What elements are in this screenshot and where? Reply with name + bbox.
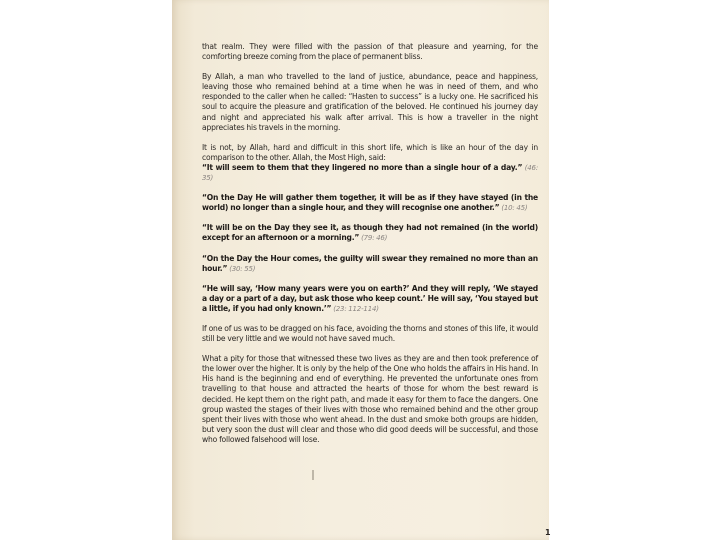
paper-smudge xyxy=(312,470,314,480)
quote-46-35: “It will seem to them that they lingered… xyxy=(202,163,538,183)
quote-23-112-114: “He will say, ‘How many years were you o… xyxy=(202,284,538,314)
paragraph-what-a-pity: What a pity for those that witnessed the… xyxy=(202,354,538,445)
quote-10-45: “On the Day He will gather them together… xyxy=(202,193,538,213)
quote-citation: (30: 55) xyxy=(229,265,255,273)
quote-text: “It will seem to them that they lingered… xyxy=(202,163,522,172)
paragraph-dragged: If one of us was to be dragged on his fa… xyxy=(202,324,538,344)
paragraph-text: By Allah, a man who travelled to the lan… xyxy=(202,72,538,131)
paragraph-text: It is not, by Allah, hard and difficult … xyxy=(202,143,538,162)
quote-citation: (10: 45) xyxy=(501,204,527,212)
quote-text: “On the Day He will gather them together… xyxy=(202,193,538,212)
page-number: 1 xyxy=(545,528,551,537)
quote-citation: (23: 112-114) xyxy=(333,305,379,313)
page-content: that realm. They were filled with the pa… xyxy=(202,42,538,455)
paragraph-traveller: By Allah, a man who travelled to the lan… xyxy=(202,72,538,133)
quote-citation: (79: 46) xyxy=(361,234,387,242)
quote-79-46: “It will be on the Day they see it, as t… xyxy=(202,223,538,243)
book-page: that realm. They were filled with the pa… xyxy=(172,0,549,540)
paragraph-text: What a pity for those that witnessed the… xyxy=(202,354,538,444)
paragraph-text: that realm. They were filled with the pa… xyxy=(202,42,538,61)
paragraph-realm: that realm. They were filled with the pa… xyxy=(202,42,538,62)
paragraph-text: If one of us was to be dragged on his fa… xyxy=(202,324,538,343)
paragraph-short-life: It is not, by Allah, hard and difficult … xyxy=(202,143,538,163)
quote-30-55: “On the Day the Hour comes, the guilty w… xyxy=(202,254,538,274)
